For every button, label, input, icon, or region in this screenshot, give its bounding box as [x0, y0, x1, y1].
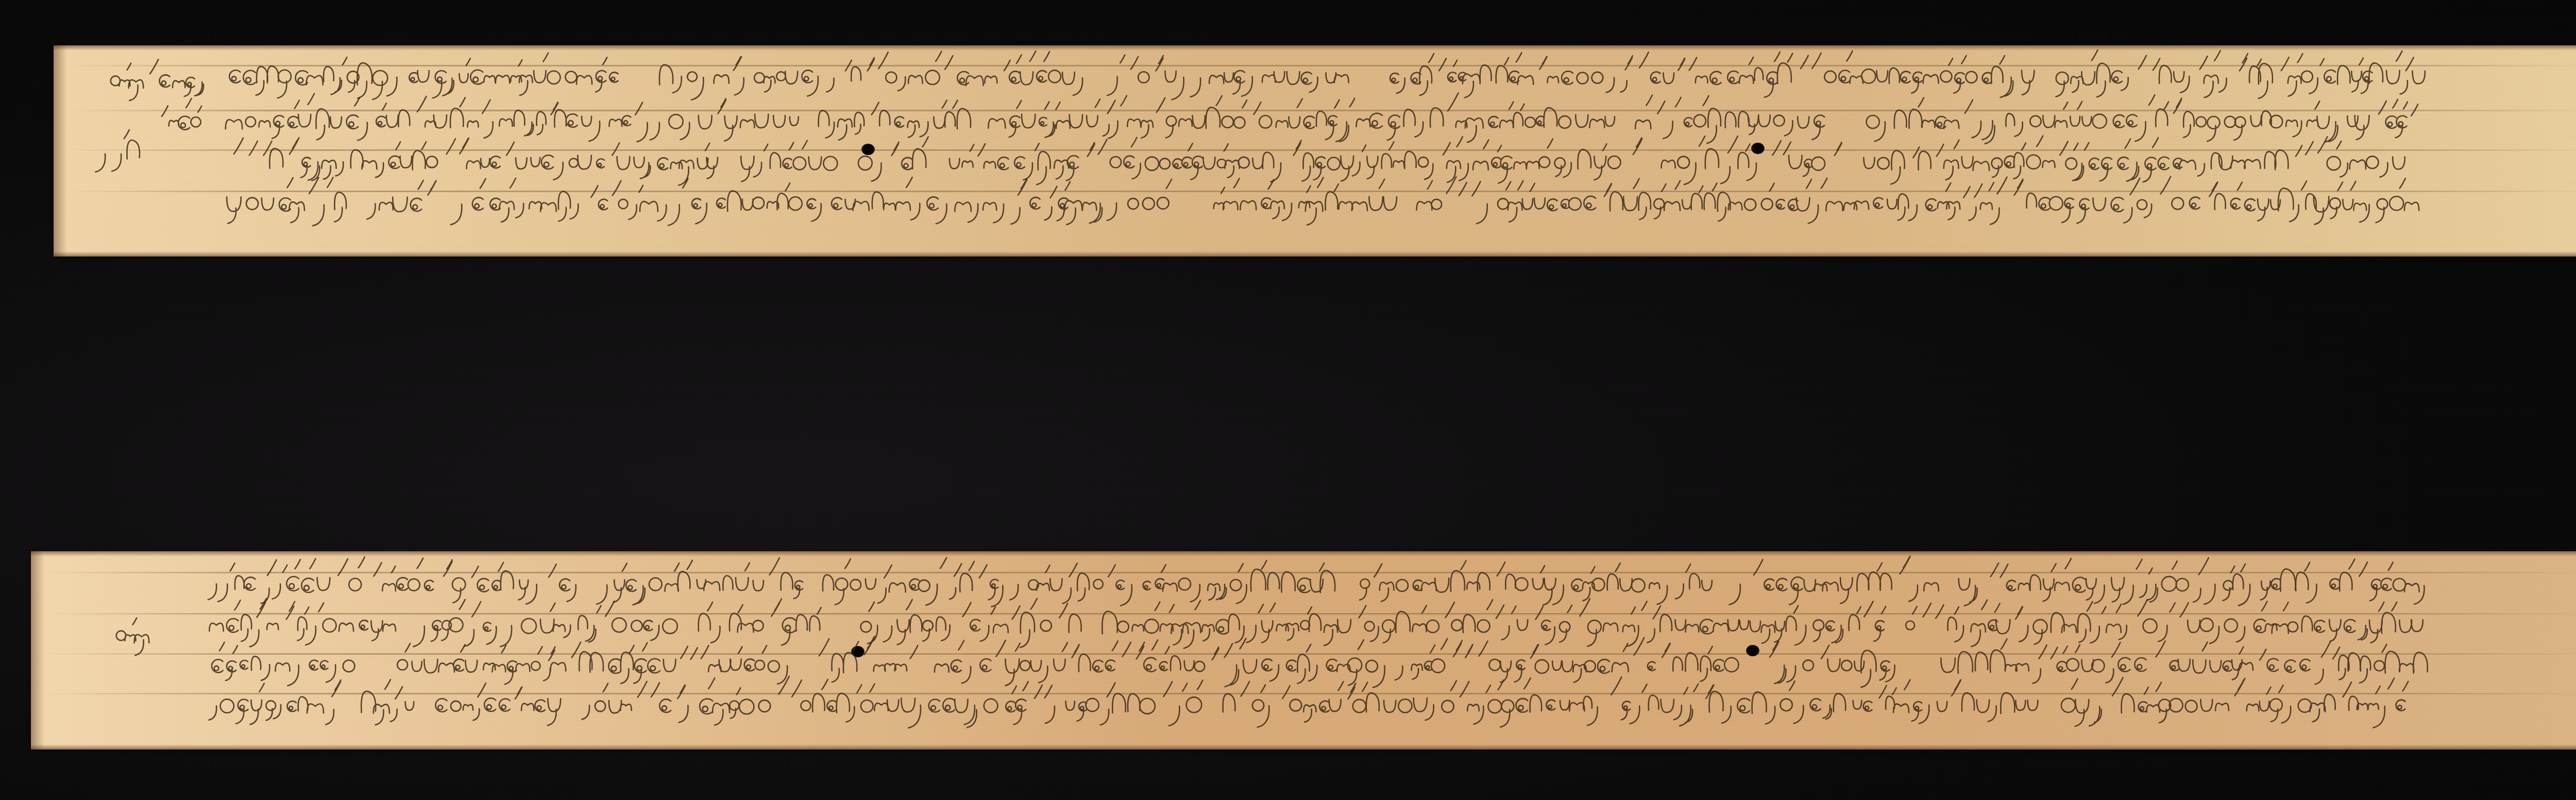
ruling-line — [69, 110, 2576, 111]
string-hole — [1751, 143, 1765, 154]
ruling-line — [46, 693, 2576, 694]
burnt-edge-top — [54, 45, 2576, 50]
ruling-line — [69, 149, 2576, 151]
burnt-edge-bottom — [54, 251, 2576, 257]
palm-leaf-folio-bottom — [31, 551, 2576, 750]
ruling-line — [46, 613, 2576, 615]
string-hole — [1746, 645, 1759, 656]
ruling-line — [46, 653, 2576, 655]
string-hole — [851, 646, 865, 657]
leaf-fiber-texture — [54, 45, 2576, 257]
leaf-fiber-texture — [31, 551, 2576, 750]
leaf-edge-left — [31, 551, 44, 750]
string-hole — [861, 144, 875, 155]
ruling-line — [69, 191, 2576, 192]
ruling-line — [69, 65, 2576, 66]
palm-leaf-folio-top — [54, 45, 2576, 257]
leaf-edge-left — [54, 45, 67, 257]
burnt-edge-top — [31, 551, 2576, 556]
ruling-line — [46, 572, 2576, 573]
burnt-edge-bottom — [31, 744, 2576, 750]
